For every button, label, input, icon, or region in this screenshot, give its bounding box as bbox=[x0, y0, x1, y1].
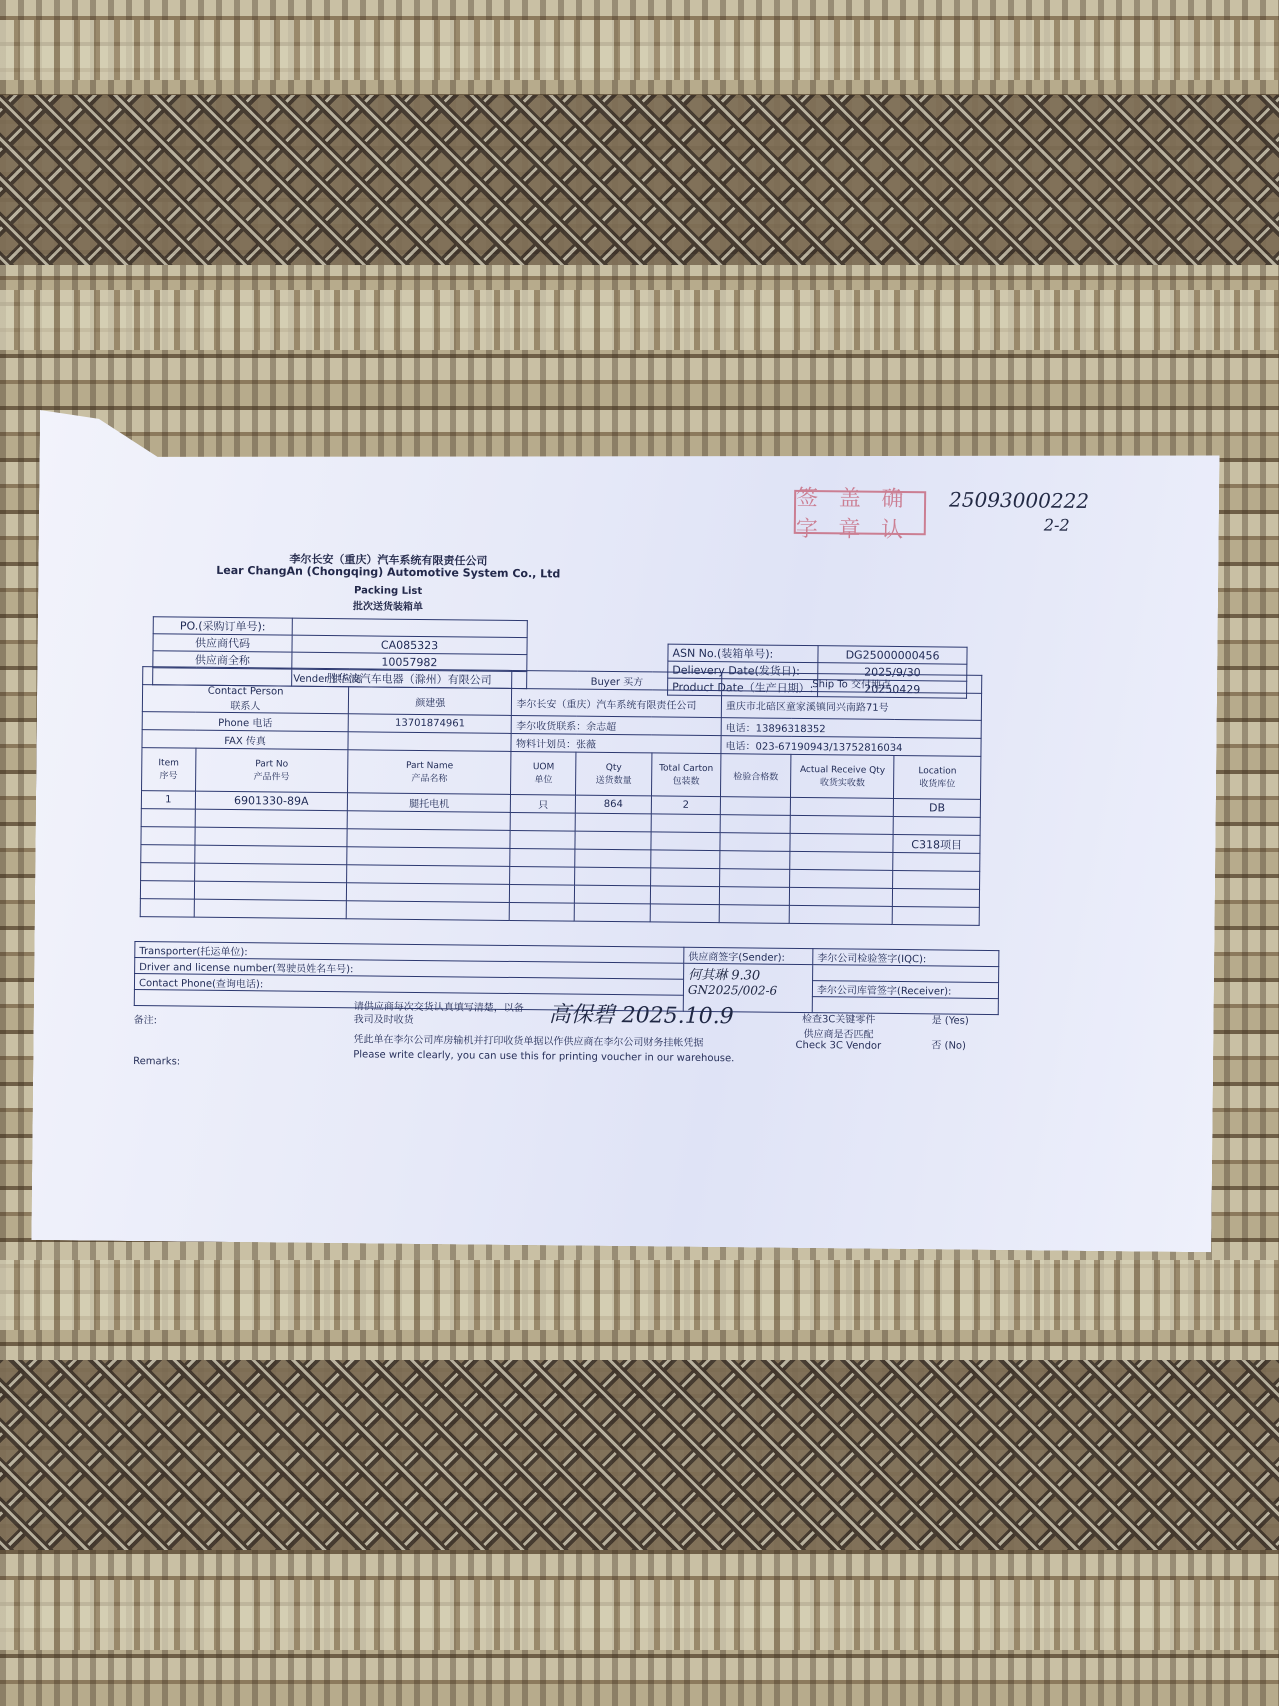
check-3c-line: 检查3C关键零件 bbox=[802, 1014, 875, 1026]
fabric-stripe bbox=[0, 20, 1279, 80]
column-header-cn: 收货实收数 bbox=[795, 774, 889, 788]
remarks-label-cn: 备注: bbox=[134, 1011, 158, 1026]
column-header: Part Name产品名称 bbox=[348, 750, 512, 795]
phone-value: 13701874961 bbox=[348, 714, 512, 734]
table-cell bbox=[650, 868, 719, 887]
fabric-stripe bbox=[0, 1580, 1279, 1650]
table-cell bbox=[892, 906, 979, 925]
table-cell: 腿托电机 bbox=[347, 793, 511, 813]
table-cell bbox=[650, 904, 719, 923]
column-header-cn: 送货数量 bbox=[580, 772, 647, 786]
column-header-cn: 序号 bbox=[146, 768, 191, 781]
table-cell bbox=[346, 883, 510, 903]
table-cell bbox=[575, 867, 651, 886]
check-3c-yes-option: 是 (Yes) bbox=[932, 1011, 969, 1026]
sender-handwritten-name: 何其琳 9.30 bbox=[688, 964, 808, 984]
table-cell bbox=[789, 905, 892, 924]
check-3c-line: 供应商是否匹配 bbox=[803, 1029, 873, 1041]
fabric-stripe bbox=[0, 1260, 1279, 1330]
column-header-cn: 收货库位 bbox=[898, 776, 976, 790]
table-cell bbox=[790, 833, 893, 852]
handwritten-page: 2-2 bbox=[1044, 516, 1070, 535]
table-cell: 6901330-89A bbox=[195, 791, 348, 811]
buyer-line: 李尔长安（重庆）汽车系统有限责任公司 bbox=[512, 688, 722, 717]
table-cell bbox=[511, 812, 576, 831]
ship-line: 重庆市北碚区童家溪镇同兴南路71号 bbox=[721, 691, 981, 721]
column-header: Item序号 bbox=[142, 748, 196, 792]
column-header-en: Item bbox=[146, 758, 191, 768]
column-header-en: Total Carton bbox=[656, 763, 716, 774]
column-header: Qty送货数量 bbox=[576, 752, 652, 796]
column-header: Actual Receive Qty收货实收数 bbox=[791, 754, 895, 798]
table-cell bbox=[347, 811, 511, 831]
table-cell bbox=[575, 849, 651, 868]
table-cell bbox=[790, 797, 893, 816]
table-cell bbox=[720, 797, 790, 816]
fax-value bbox=[348, 732, 512, 752]
buyer-line: 物料计划员：张薇 bbox=[511, 733, 721, 753]
table-cell bbox=[790, 887, 893, 906]
table-cell: 2 bbox=[651, 796, 720, 815]
table-cell bbox=[651, 814, 720, 833]
table-cell bbox=[194, 881, 347, 901]
table-cell bbox=[719, 887, 789, 906]
sender-sign-label: 供应商签字(Sender): bbox=[684, 947, 813, 964]
table-cell bbox=[574, 903, 650, 922]
fabric-stripe bbox=[0, 290, 1279, 350]
column-header: 检验合格数 bbox=[720, 754, 791, 798]
packing-list-document: 签字 盖章 确认 25093000222 2-2 李尔长安（重庆）汽车系统有限责… bbox=[31, 410, 1220, 1252]
po-label: PO.(采购订单号): bbox=[153, 617, 292, 635]
contact-label-cn: 联系人 bbox=[230, 701, 260, 712]
table-cell bbox=[651, 832, 720, 851]
fabric-lattice-band bbox=[0, 95, 1279, 265]
table-cell bbox=[510, 902, 575, 921]
supplier-code-label: 供应商代码 bbox=[153, 634, 292, 652]
column-header: UOM单位 bbox=[511, 751, 576, 795]
table-cell bbox=[720, 851, 790, 870]
column-header-cn: 产品件号 bbox=[200, 768, 344, 783]
table-cell bbox=[893, 852, 980, 871]
fabric-lattice-band bbox=[0, 1360, 1279, 1550]
table-cell bbox=[510, 830, 575, 849]
table-cell: 1 bbox=[141, 791, 195, 810]
column-header: Total Carton包装数 bbox=[651, 753, 721, 797]
contact-label: Contact Person联系人 bbox=[142, 685, 348, 714]
table-cell bbox=[140, 899, 194, 918]
contact-label-en: Contact Person bbox=[208, 686, 284, 698]
table-cell bbox=[575, 813, 651, 832]
table-cell bbox=[893, 816, 980, 835]
table-cell bbox=[720, 869, 790, 888]
table-cell bbox=[720, 815, 790, 834]
items-body: 16901330-89A腿托电机只8642DBC318项目 bbox=[140, 791, 980, 926]
stamp-text: 确认 bbox=[881, 482, 924, 544]
check-3c-label: 检查3C关键零件 供应商是否匹配 Check 3C Vendor bbox=[793, 1010, 883, 1052]
phone-label: Phone 电话 bbox=[142, 712, 348, 732]
table-cell bbox=[790, 815, 893, 834]
table-cell bbox=[575, 885, 651, 904]
stamp-text: 签字 bbox=[796, 481, 839, 543]
table-cell bbox=[141, 845, 195, 864]
iqc-sign-label: 李尔公司检验签字(IQC): bbox=[813, 949, 999, 967]
handwritten-reference: 25093000222 bbox=[949, 488, 1089, 513]
table-cell bbox=[194, 899, 347, 919]
table-cell bbox=[651, 850, 720, 869]
buyer-line: 李尔收货联系：余志超 bbox=[512, 715, 722, 735]
receiver-sign-label: 李尔公司库管签字(Receiver): bbox=[812, 981, 998, 999]
column-header-en: UOM bbox=[516, 762, 572, 773]
table-cell bbox=[194, 863, 347, 883]
check-3c-line: Check 3C Vendor bbox=[796, 1040, 882, 1052]
table-cell bbox=[790, 869, 893, 888]
table-cell bbox=[510, 866, 575, 885]
table-cell bbox=[790, 851, 893, 870]
table-cell bbox=[140, 881, 194, 900]
column-header: Location收货库位 bbox=[894, 755, 981, 799]
table-cell bbox=[195, 809, 348, 829]
asn-value: DG25000000456 bbox=[818, 646, 967, 665]
table-cell bbox=[575, 831, 651, 850]
table-cell bbox=[141, 809, 195, 828]
stamp-text: 盖章 bbox=[838, 481, 881, 543]
table-cell bbox=[720, 833, 790, 852]
check-3c-no-option: 否 (No) bbox=[931, 1036, 966, 1051]
instruction-text: 凭此单在李尔公司库房输机并打印收货单据以作供应商在李尔公司财务挂帐凭据 bbox=[353, 1030, 703, 1049]
instruction-text-en: Please write clearly, you can use this f… bbox=[353, 1049, 734, 1064]
table-cell bbox=[141, 863, 195, 882]
confirmation-stamp: 签字 盖章 确认 bbox=[794, 490, 926, 535]
asn-label: ASN No.(装箱单号): bbox=[668, 644, 818, 663]
table-cell bbox=[893, 870, 980, 889]
table-cell bbox=[650, 886, 719, 905]
column-header-en: Actual Receive Qty bbox=[795, 764, 889, 775]
table-cell: DB bbox=[894, 798, 981, 817]
table-cell: 只 bbox=[511, 794, 576, 813]
table-cell bbox=[141, 827, 195, 846]
column-header-cn: 产品名称 bbox=[352, 770, 506, 785]
fax-label: FAX 传真 bbox=[142, 730, 348, 750]
remarks-label-en: Remarks: bbox=[133, 1056, 180, 1067]
column-header-cn: 检验合格数 bbox=[725, 769, 786, 783]
table-cell bbox=[347, 847, 511, 867]
table-cell bbox=[719, 905, 789, 924]
items-table: Vender 供应商 Buyer 买方 Ship To 交付地点 Contact… bbox=[140, 666, 983, 926]
table-cell bbox=[346, 901, 510, 921]
table-cell: 864 bbox=[575, 795, 651, 814]
buyer-header: Buyer 买方 bbox=[512, 670, 722, 690]
table-cell bbox=[347, 829, 511, 849]
column-header-cn: 包装数 bbox=[656, 773, 716, 787]
column-header-cn: 单位 bbox=[516, 772, 572, 786]
table-cell bbox=[510, 848, 575, 867]
instruction-text: 我司及时收货 bbox=[354, 1010, 414, 1026]
receiver-handwritten-signature: 高保碧 2025.10.9 bbox=[549, 997, 734, 1030]
table-cell bbox=[195, 827, 348, 847]
table-cell: C318项目 bbox=[893, 834, 980, 853]
table-cell bbox=[194, 845, 347, 865]
column-header: Part No产品件号 bbox=[195, 748, 348, 793]
iqc-sign-field bbox=[813, 965, 999, 983]
sender-handwritten-code: GN2025/002-6 bbox=[688, 983, 808, 998]
contact-value: 颜建强 bbox=[348, 687, 512, 716]
table-cell bbox=[347, 865, 511, 885]
column-header-en: Qty bbox=[580, 762, 647, 773]
table-cell bbox=[893, 888, 980, 907]
table-cell bbox=[510, 884, 575, 903]
